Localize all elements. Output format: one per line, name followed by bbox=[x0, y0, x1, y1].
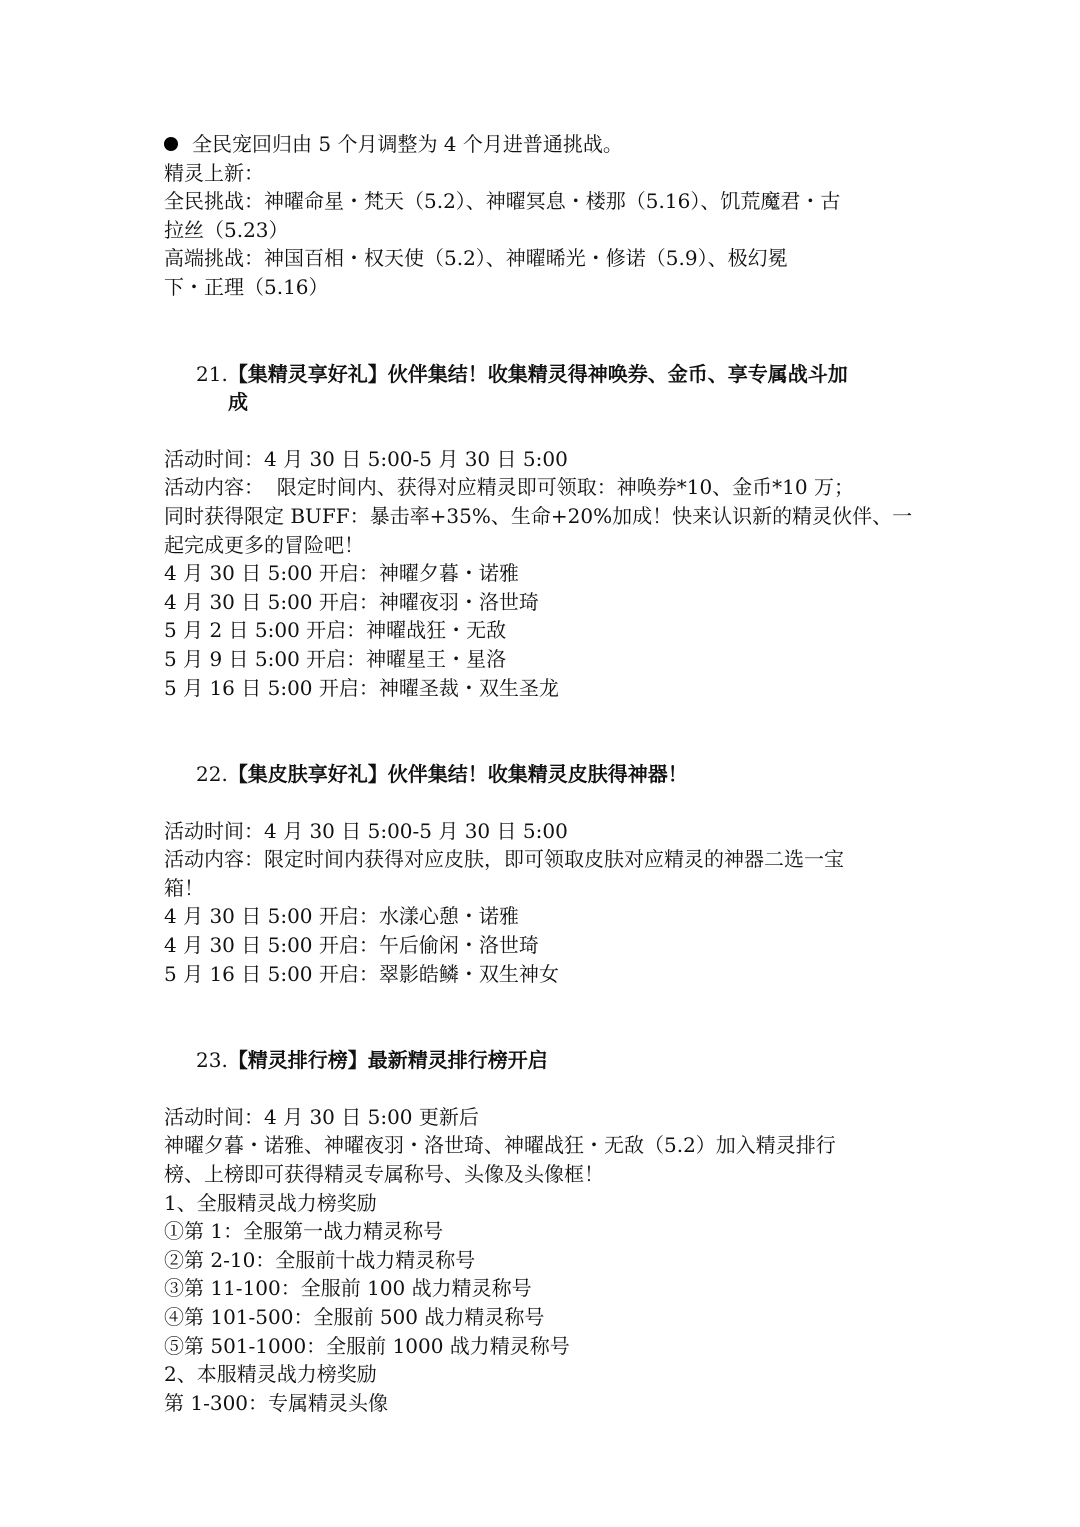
section-title: 【集精灵享好礼】伙伴集结！收集精灵得神唤券、金币、享专属战斗加 bbox=[228, 362, 848, 386]
section-line: 榜、上榜即可获得精灵专属称号、头像及头像框！ bbox=[164, 1160, 924, 1189]
section-line: 活动时间：4 月 30 日 5:00-5 月 30 日 5:00 bbox=[164, 817, 924, 846]
section-line: 5 月 9 日 5:00 开启：神曜星王・星洛 bbox=[164, 645, 924, 674]
section-heading: 21.【集精灵享好礼】伙伴集结！收集精灵得神唤券、金币、享专属战斗加 成 bbox=[164, 360, 924, 417]
section-23: 23.【精灵排行榜】最新精灵排行榜开启 活动时间：4 月 30 日 5:00 更… bbox=[164, 1046, 924, 1417]
section-line: 同时获得限定 BUFF：暴击率+35%、生命+20%加成！快来认识新的精灵伙伴、… bbox=[164, 502, 924, 531]
section-21: 21.【集精灵享好礼】伙伴集结！收集精灵得神唤券、金币、享专属战斗加 成 活动时… bbox=[164, 360, 924, 703]
new-spirits-label: 精灵上新： bbox=[164, 159, 924, 188]
section-line: 活动时间：4 月 30 日 5:00 更新后 bbox=[164, 1103, 924, 1132]
section-number: 22. bbox=[196, 762, 228, 786]
section-line: 活动时间：4 月 30 日 5:00-5 月 30 日 5:00 bbox=[164, 445, 924, 474]
high-challenge-line-cont: 下・正理（5.16） bbox=[164, 273, 924, 302]
section-line: ①第 1：全服第一战力精灵称号 bbox=[164, 1217, 924, 1246]
section-22: 22.【集皮肤享好礼】伙伴集结！收集精灵皮肤得神器！ 活动时间：4 月 30 日… bbox=[164, 760, 924, 988]
section-line: 5 月 16 日 5:00 开启：翠影皓鳞・双生神女 bbox=[164, 960, 924, 989]
section-line: ⑤第 501-1000：全服前 1000 战力精灵称号 bbox=[164, 1332, 924, 1361]
section-title: 【集皮肤享好礼】伙伴集结！收集精灵皮肤得神器！ bbox=[228, 762, 688, 786]
section-line: 神曜夕暮・诺雅、神曜夜羽・洛世琦、神曜战狂・无敌（5.2）加入精灵排行 bbox=[164, 1131, 924, 1160]
section-heading: 23.【精灵排行榜】最新精灵排行榜开启 bbox=[164, 1046, 924, 1075]
section-line: 箱！ bbox=[164, 874, 924, 903]
bullet-text: 全民宠回归由 5 个月调整为 4 个月进普通挑战。 bbox=[192, 132, 623, 156]
section-line: 起完成更多的冒险吧！ bbox=[164, 531, 924, 560]
section-line: 活动内容：限定时间内获得对应皮肤，即可领取皮肤对应精灵的神器二选一宝 bbox=[164, 845, 924, 874]
section-line: 4 月 30 日 5:00 开启：神曜夜羽・洛世琦 bbox=[164, 588, 924, 617]
section-line: 5 月 2 日 5:00 开启：神曜战狂・无敌 bbox=[164, 616, 924, 645]
section-line: 2、本服精灵战力榜奖励 bbox=[164, 1360, 924, 1389]
section-heading: 22.【集皮肤享好礼】伙伴集结！收集精灵皮肤得神器！ bbox=[164, 760, 924, 789]
section-title: 【精灵排行榜】最新精灵排行榜开启 bbox=[228, 1048, 548, 1072]
bullet-item: 全民宠回归由 5 个月调整为 4 个月进普通挑战。 bbox=[164, 130, 924, 159]
section-line: 4 月 30 日 5:00 开启：午后偷闲・洛世琦 bbox=[164, 931, 924, 960]
all-challenge-line: 全民挑战：神曜命星・梵天（5.2）、神曜冥息・楼那（5.16）、饥荒魔君・古 bbox=[164, 187, 924, 216]
section-number: 21. bbox=[196, 362, 228, 386]
section-line: 4 月 30 日 5:00 开启：神曜夕暮・诺雅 bbox=[164, 559, 924, 588]
section-line: 4 月 30 日 5:00 开启：水漾心憩・诺雅 bbox=[164, 902, 924, 931]
bullet-icon bbox=[164, 137, 178, 151]
all-challenge-line-cont: 拉丝（5.23） bbox=[164, 216, 924, 245]
section-line: 1、全服精灵战力榜奖励 bbox=[164, 1189, 924, 1218]
section-line: 第 1-300：专属精灵头像 bbox=[164, 1389, 924, 1418]
section-line: ②第 2-10：全服前十战力精灵称号 bbox=[164, 1246, 924, 1275]
section-line: ④第 101-500：全服前 500 战力精灵称号 bbox=[164, 1303, 924, 1332]
section-title-cont: 成 bbox=[196, 388, 924, 417]
section-line: 5 月 16 日 5:00 开启：神曜圣裁・双生圣龙 bbox=[164, 674, 924, 703]
high-challenge-line: 高端挑战：神国百相・权天使（5.2）、神曜晞光・修诺（5.9）、极幻冕 bbox=[164, 244, 924, 273]
section-line: 活动内容： 限定时间内、获得对应精灵即可领取：神唤券*10、金币*10 万； bbox=[164, 473, 924, 502]
document-page: 全民宠回归由 5 个月调整为 4 个月进普通挑战。 精灵上新： 全民挑战：神曜命… bbox=[164, 130, 924, 1417]
section-line: ③第 11-100：全服前 100 战力精灵称号 bbox=[164, 1274, 924, 1303]
section-number: 23. bbox=[196, 1048, 228, 1072]
